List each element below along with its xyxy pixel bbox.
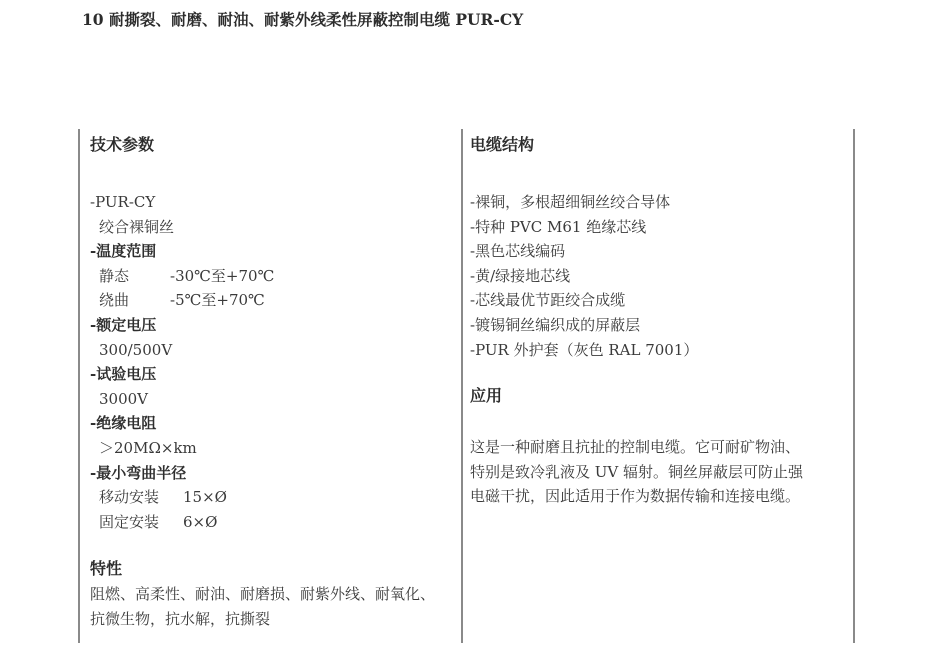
cable-structure-heading: 电缆结构 bbox=[470, 135, 848, 155]
structure-item-stranding: -芯线最优节距绞合成缆 bbox=[470, 288, 848, 313]
features-text-line: 抗微生物，抗水解，抗撕裂 bbox=[90, 607, 462, 632]
features-heading: 特性 bbox=[90, 559, 462, 579]
spec-item-conductor: 绞合裸铜丝 bbox=[90, 215, 462, 240]
features-text-line: 阻燃、高柔性、耐油、耐磨损、耐紫外线、耐氧化、 bbox=[90, 582, 462, 607]
application-section: 应用 这是一种耐磨且抗扯的控制电缆。它可耐矿物油、 特别是致冷乳液及 UV 辐射… bbox=[470, 386, 848, 509]
cable-structure-column: 电缆结构 -裸铜，多根超细铜丝绞合导体 -特种 PVC M61 绝缘芯线 -黑色… bbox=[470, 132, 848, 509]
spec-label-rated-voltage: -额定电压 bbox=[90, 313, 462, 338]
spec-label-temperature-range: -温度范围 bbox=[90, 239, 462, 264]
spec-item-rated-voltage-value: 300/500V bbox=[90, 338, 462, 363]
page-title: 10 耐撕裂、耐磨、耐油、耐紫外线柔性屏蔽控制电缆 PUR-CY bbox=[82, 8, 523, 30]
technical-parameters-column: 技术参数 -PUR-CY 绞合裸铜丝 -温度范围 静态-30℃至+70℃ 绕曲-… bbox=[90, 132, 462, 632]
technical-parameters-heading: 技术参数 bbox=[90, 135, 462, 155]
spec-item-test-voltage-value: 3000V bbox=[90, 387, 462, 412]
structure-item-core-coding: -黑色芯线编码 bbox=[470, 239, 848, 264]
structure-item-conductor: -裸铜，多根超细铜丝绞合导体 bbox=[470, 190, 848, 215]
spec-label-test-voltage: -试验电压 bbox=[90, 362, 462, 387]
spec-item-insulation-resistance-value: ＞20MΩ×km bbox=[90, 436, 462, 461]
application-text-line: 这是一种耐磨且抗扯的控制电缆。它可耐矿物油、 bbox=[470, 435, 848, 460]
spec-item-flexing-temp: 绕曲-5℃至+70℃ bbox=[90, 288, 462, 313]
spec-item-static-temp: 静态-30℃至+70℃ bbox=[90, 264, 462, 289]
structure-item-outer-sheath: -PUR 外护套（灰色 RAL 7001） bbox=[470, 338, 848, 363]
spec-item-model: -PUR-CY bbox=[90, 190, 462, 215]
structure-item-insulation: -特种 PVC M61 绝缘芯线 bbox=[470, 215, 848, 240]
spec-label-insulation-resistance: -绝缘电阻 bbox=[90, 411, 462, 436]
datasheet-page: 10 耐撕裂、耐磨、耐油、耐紫外线柔性屏蔽控制电缆 PUR-CY 技术参数 -P… bbox=[0, 0, 928, 645]
spec-item-mobile-install: 移动安装15×Ø bbox=[90, 485, 462, 510]
application-heading: 应用 bbox=[470, 386, 848, 406]
spec-item-fixed-install: 固定安装6×Ø bbox=[90, 510, 462, 535]
features-section: 特性 阻燃、高柔性、耐油、耐磨损、耐紫外线、耐氧化、 抗微生物，抗水解，抗撕裂 bbox=[90, 559, 462, 631]
spec-label-min-bend-radius: -最小弯曲半径 bbox=[90, 461, 462, 486]
right-column-divider bbox=[853, 129, 855, 643]
application-text-line: 电磁干扰，因此适用于作为数据传输和连接电缆。 bbox=[470, 484, 848, 509]
structure-item-earth-core: -黄/绿接地芯线 bbox=[470, 264, 848, 289]
application-text-line: 特别是致冷乳液及 UV 辐射。铜丝屏蔽层可防止强 bbox=[470, 460, 848, 485]
left-column-divider bbox=[78, 129, 80, 643]
structure-item-shield: -镀锡铜丝编织成的屏蔽层 bbox=[470, 313, 848, 338]
